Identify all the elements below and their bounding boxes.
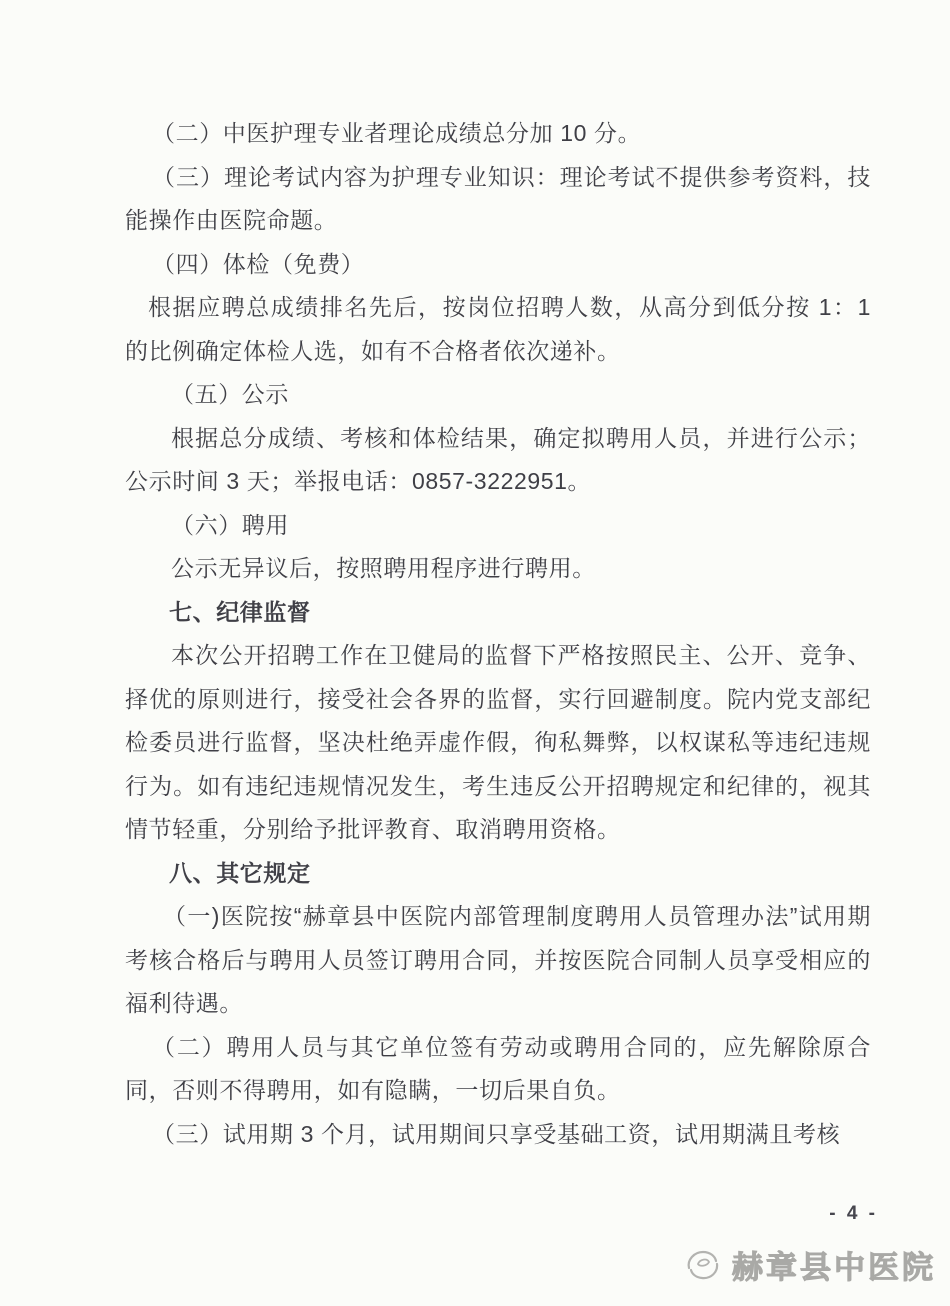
paragraph: （四）体检（免费） — [125, 243, 871, 287]
hospital-watermark-label: 赫章县中医院 — [732, 1242, 936, 1287]
paragraph: （三）理论考试内容为护理专业知识：理论考试不提供参考资料，技能操作由医院命题。 — [125, 156, 871, 243]
hospital-logo-icon — [682, 1244, 724, 1286]
paragraph: （二）中医护理专业者理论成绩总分加 10 分。 — [125, 112, 871, 156]
paragraph: （六）聘用 — [125, 504, 871, 548]
section-heading: 八、其它规定 — [125, 852, 871, 896]
paragraph: （五）公示 — [125, 373, 871, 417]
paragraph: （一)医院按“赫章县中医院内部管理制度聘用人员管理办法”试用期考核合格后与聘用人… — [125, 895, 871, 1026]
document-body: （二）中医护理专业者理论成绩总分加 10 分。（三）理论考试内容为护理专业知识：… — [125, 112, 871, 1156]
paragraph: 公示无异议后，按照聘用程序进行聘用。 — [125, 547, 871, 591]
paragraph: 根据总分成绩、考核和体检结果，确定拟聘用人员，并进行公示；公示时间 3 天；举报… — [125, 417, 871, 504]
paragraph: （二）聘用人员与其它单位签有劳动或聘用合同的，应先解除原合同，否则不得聘用，如有… — [125, 1026, 871, 1113]
page-number: - 4 - — [829, 1203, 878, 1225]
hospital-watermark: 赫章县中医院 — [682, 1242, 936, 1287]
section-heading: 七、纪律监督 — [125, 591, 871, 635]
paragraph: （三）试用期 3 个月，试用期间只享受基础工资，试用期满且考核 — [125, 1113, 871, 1157]
paragraph: 根据应聘总成绩排名先后，按岗位招聘人数，从高分到低分按 1：1 的比例确定体检人… — [125, 286, 871, 373]
paragraph: 本次公开招聘工作在卫健局的监督下严格按照民主、公开、竞争、择优的原则进行，接受社… — [125, 634, 871, 852]
document-page: （二）中医护理专业者理论成绩总分加 10 分。（三）理论考试内容为护理专业知识：… — [0, 0, 950, 1306]
